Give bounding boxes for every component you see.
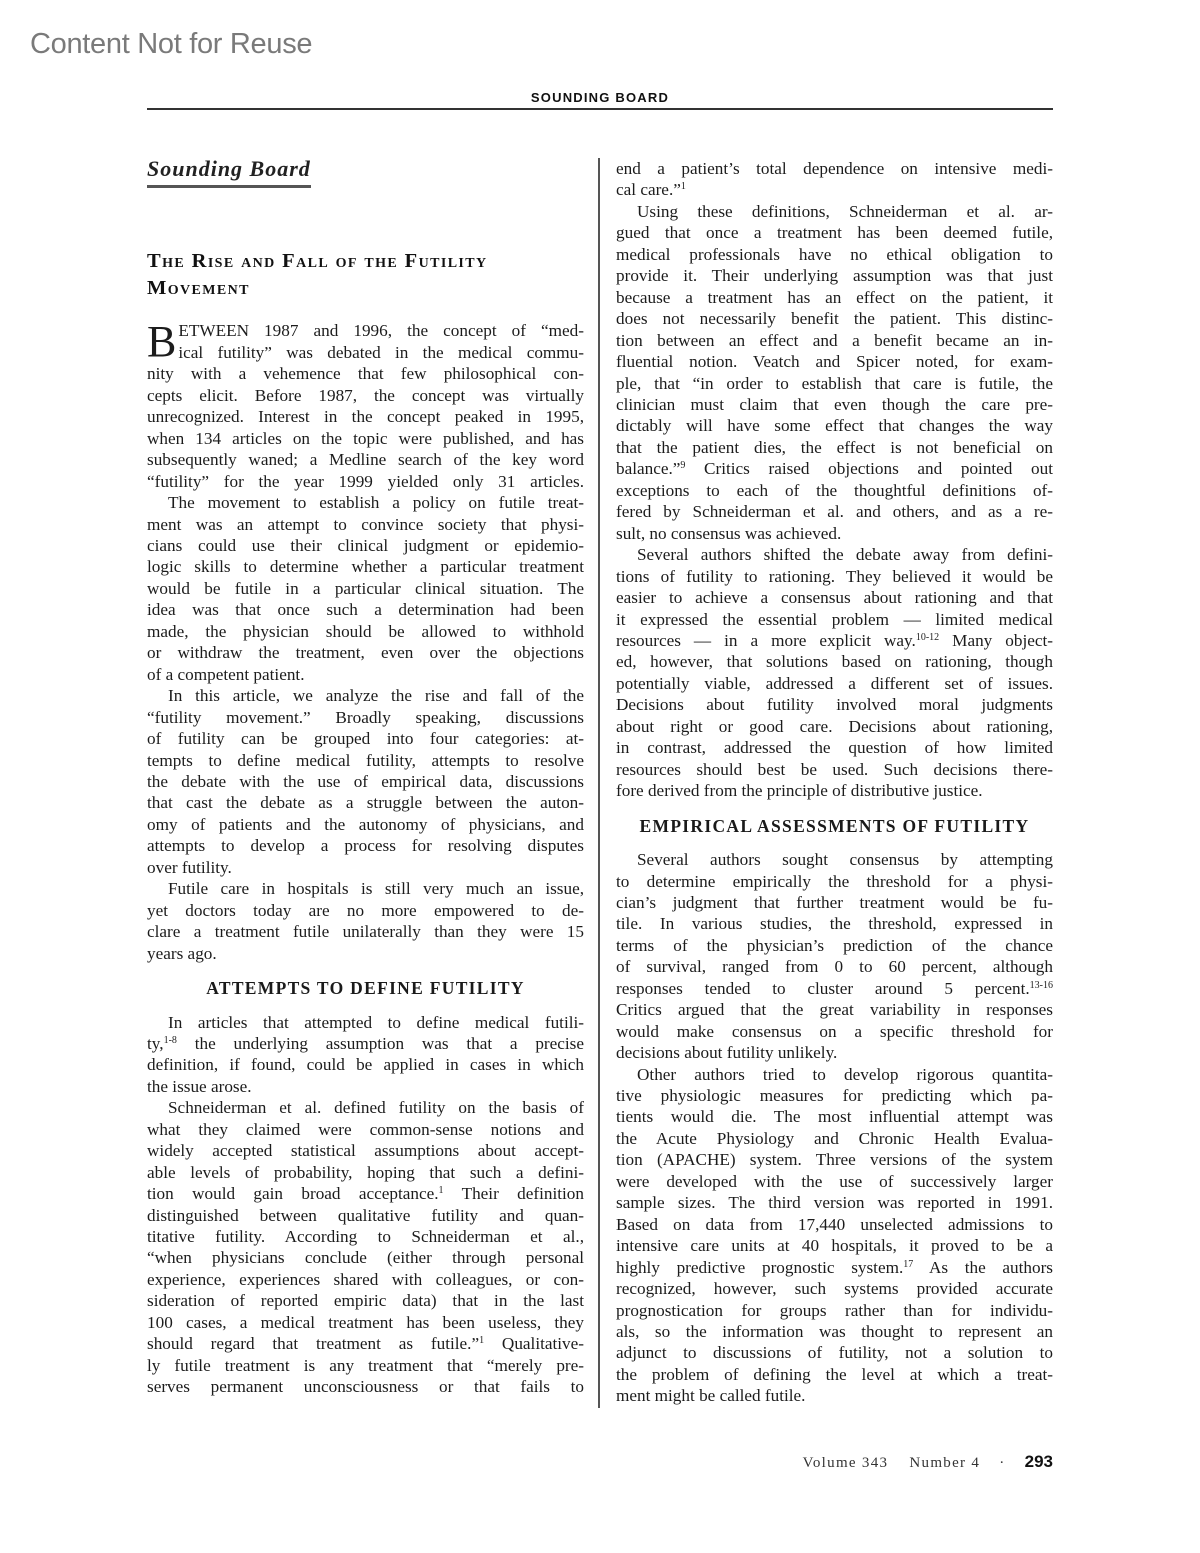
citation: 17 <box>903 1259 913 1270</box>
paragraph: The movement to establish a policy on fu… <box>147 492 584 685</box>
page-footer: Volume 343 Number 4 · 293 <box>700 1452 1053 1472</box>
watermark: Content Not for Reuse <box>30 28 312 61</box>
citation: 1 <box>681 181 686 192</box>
left-column: Sounding Board The Rise and Fall of the … <box>147 158 584 1398</box>
paragraph: In articles that attempted to define med… <box>147 1012 584 1098</box>
section-heading: EMPIRICAL ASSESSMENTS OF FUTILITY <box>616 816 1053 837</box>
column-divider <box>598 158 600 1408</box>
paragraph: Other authors tried to develop rigorous … <box>616 1064 1053 1407</box>
citation: 10-12 <box>916 632 939 643</box>
paragraph: Schneiderman et al. defined futility on … <box>147 1097 584 1397</box>
right-column: end a patient’s total dependence on inte… <box>616 158 1053 1407</box>
separator: · <box>999 1455 1005 1471</box>
header-rule <box>147 108 1053 110</box>
title-line: The Rise and Fall of the Futility <box>147 248 584 275</box>
paragraph-intro: B ETWEEN 1987 and 1996, the concept of “… <box>147 320 584 492</box>
paragraph: Futile care in hospitals is still very m… <box>147 878 584 964</box>
page-number: 293 <box>1025 1452 1053 1471</box>
running-head: SOUNDING BOARD <box>147 90 1053 105</box>
paragraph-continued: end a patient’s total dependence on inte… <box>616 158 1053 201</box>
drop-cap: B <box>147 324 176 360</box>
paragraph: Using these definitions, Schneiderman et… <box>616 201 1053 544</box>
citation: 1-8 <box>164 1035 177 1046</box>
section-tag: Sounding Board <box>147 158 311 188</box>
citation: 13-16 <box>1030 980 1053 991</box>
paragraph: Several authors shifted the debate away … <box>616 544 1053 801</box>
volume-label: Volume 343 <box>803 1455 889 1471</box>
paragraph: In this article, we analyze the rise and… <box>147 685 584 878</box>
issue-label: Number 4 <box>909 1455 980 1471</box>
title-line: Movement <box>147 275 584 302</box>
paragraph: Several authors sought consensus by atte… <box>616 849 1053 1064</box>
article-title: The Rise and Fall of the Futility Moveme… <box>147 248 584 302</box>
section-heading: ATTEMPTS TO DEFINE FUTILITY <box>147 978 584 999</box>
